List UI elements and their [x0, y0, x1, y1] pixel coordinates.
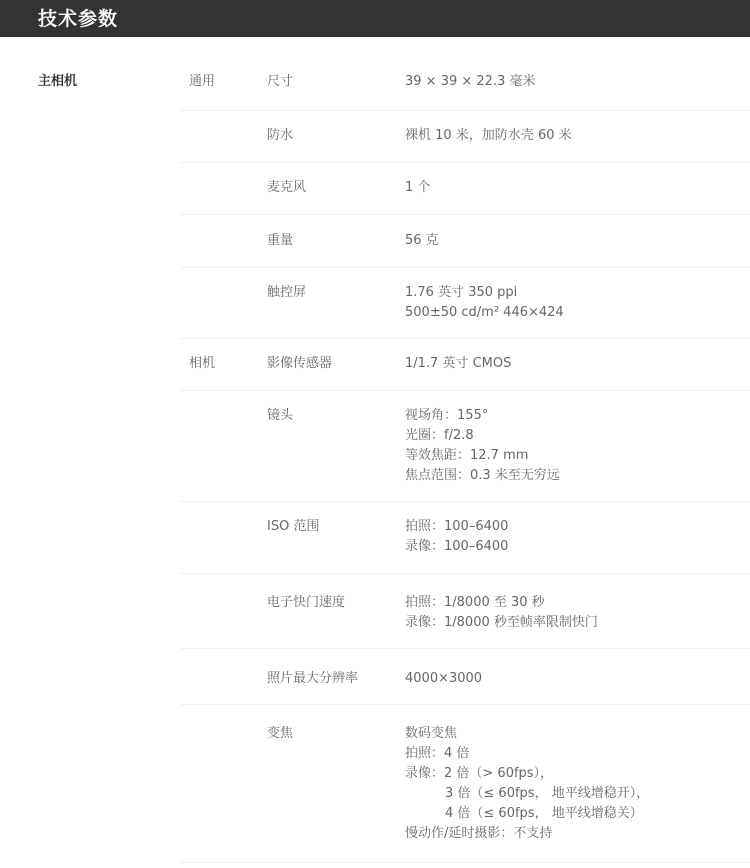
spec-label-max-photo-resolution: 照片最大分辨率 [267, 670, 358, 688]
spec-value-line: 56 克 [405, 231, 439, 251]
spec-value-iso-range: 拍照：100–6400 录像：100–6400 [405, 517, 508, 557]
group-label-general: 通用 [189, 73, 215, 91]
spec-label-lens: 镜头 [267, 407, 293, 425]
spec-value-line: 4 倍（≤ 60fps， 地平线增稳关） [405, 804, 649, 824]
section-title-main-camera: 主相机 [38, 73, 77, 91]
spec-value-line: 39 × 39 × 22.3 毫米 [405, 72, 535, 92]
group-label-camera: 相机 [189, 355, 215, 373]
row-divider [181, 390, 750, 391]
spec-value-line: 4000×3000 [405, 669, 482, 689]
page-title: 技术参数 [38, 6, 118, 32]
spec-label-image-sensor: 影像传感器 [267, 355, 332, 373]
spec-value-shutter-speed: 拍照：1/8000 至 30 秒 录像：1/8000 秒至帧率限制快门 [405, 593, 598, 633]
row-divider [181, 338, 750, 339]
spec-value-line: 等效焦距：12.7 mm [405, 446, 560, 466]
spec-value-zoom: 数码变焦 拍照：4 倍 录像：2 倍（> 60fps）， 3 倍（≤ 60fps… [405, 724, 649, 844]
spec-value-line: 500±50 cd/m² 446×424 [405, 303, 564, 323]
spec-value-microphone: 1 个 [405, 178, 430, 198]
spec-value-line: 焦点范围：0.3 米至无穷远 [405, 466, 560, 486]
row-divider [181, 214, 750, 215]
spec-label-microphone: 麦克风 [267, 179, 306, 197]
row-divider [181, 648, 750, 649]
spec-label-waterproof: 防水 [267, 127, 293, 145]
spec-value-line: 1/1.7 英寸 CMOS [405, 354, 511, 374]
page-header: 技术参数 [0, 0, 750, 37]
spec-value-line: 拍照：4 倍 [405, 744, 649, 764]
spec-value-waterproof: 裸机 10 米，加防水壳 60 米 [405, 126, 572, 146]
row-divider [181, 573, 750, 574]
spec-label-shutter-speed: 电子快门速度 [267, 594, 345, 612]
spec-value-line: 录像：100–6400 [405, 537, 508, 557]
spec-value-line: 3 倍（≤ 60fps， 地平线增稳开）， [405, 784, 649, 804]
spec-value-line: 录像：1/8000 秒至帧率限制快门 [405, 613, 598, 633]
row-divider [181, 501, 750, 502]
row-divider [181, 162, 750, 163]
spec-value-line: 数码变焦 [405, 724, 649, 744]
spec-value-line: 录像：2 倍（> 60fps）， [405, 764, 649, 784]
spec-value-lens: 视场角：155° 光圈：f/2.8 等效焦距：12.7 mm 焦点范围：0.3 … [405, 406, 560, 486]
spec-value-touchscreen: 1.76 英寸 350 ppi 500±50 cd/m² 446×424 [405, 283, 564, 323]
spec-value-weight: 56 克 [405, 231, 439, 251]
row-divider [181, 704, 750, 705]
spec-label-touchscreen: 触控屏 [267, 284, 306, 302]
row-divider [181, 267, 750, 268]
spec-value-line: 光圈：f/2.8 [405, 426, 560, 446]
spec-label-iso-range: ISO 范围 [267, 518, 319, 536]
spec-value-image-sensor: 1/1.7 英寸 CMOS [405, 354, 511, 374]
spec-label-zoom: 变焦 [267, 725, 293, 743]
spec-value-max-photo-resolution: 4000×3000 [405, 669, 482, 689]
spec-label-dimensions: 尺寸 [267, 73, 293, 91]
spec-value-dimensions: 39 × 39 × 22.3 毫米 [405, 72, 535, 92]
spec-label-weight: 重量 [267, 232, 293, 250]
spec-value-line: 1.76 英寸 350 ppi [405, 283, 564, 303]
spec-value-line: 拍照：100–6400 [405, 517, 508, 537]
spec-value-line: 慢动作/延时摄影：不支持 [405, 824, 649, 844]
spec-value-line: 1 个 [405, 178, 430, 198]
row-divider [181, 862, 750, 863]
row-divider [181, 110, 750, 111]
spec-value-line: 裸机 10 米，加防水壳 60 米 [405, 126, 572, 146]
spec-value-line: 视场角：155° [405, 406, 560, 426]
spec-value-line: 拍照：1/8000 至 30 秒 [405, 593, 598, 613]
